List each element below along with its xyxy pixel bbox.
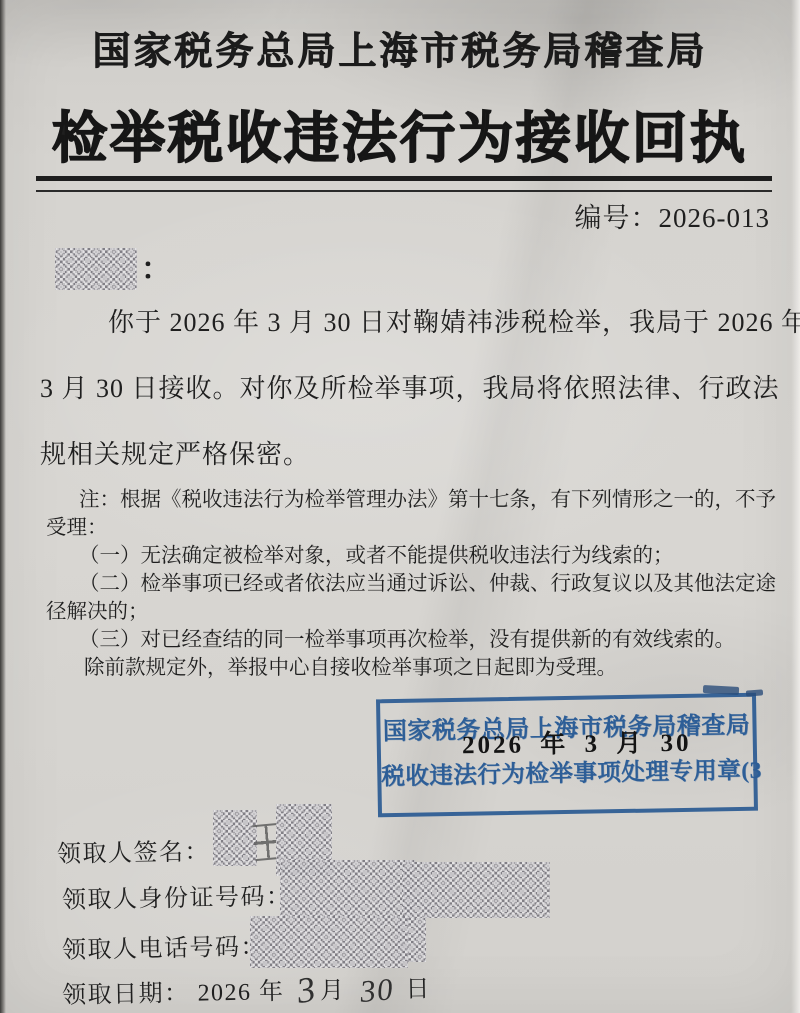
note-line: 受理：	[46, 514, 794, 542]
double-rule	[36, 176, 772, 192]
note-line: 径解决的；	[46, 598, 794, 626]
document-number-label: 编号：	[575, 203, 659, 233]
document-number-value: 2026-013	[659, 203, 771, 233]
document-number: 编号：2026-013	[575, 196, 771, 235]
day-char: 日	[405, 977, 431, 1003]
document-photo: 国家税务总局上海市税务局稽查局 检举税收违法行为接收回执 编号：2026-013…	[0, 0, 800, 1013]
note-line: 除前款规定外，举报中心自接收检举事项之日起即为受理。	[84, 654, 794, 682]
note-line: （一）无法确定被检举对象，或者不能提供税收违法行为线索的；	[79, 542, 794, 570]
body-line: 3 月 30 日接收。对你及所检举事项，我局将依照法律、行政法	[40, 356, 790, 422]
note-line: （三）对已经查结的同一检举事项再次检举，没有提供新的有效线索的。	[79, 626, 794, 654]
id-number-redacted	[280, 860, 415, 918]
salutation-colon: ：	[141, 248, 171, 292]
body-line: 规相关规定严格保密。	[40, 422, 790, 488]
body-paragraph: 你于 2026 年 3 月 30 日对鞠婧祎涉税检举，我局于 2026 年 3 …	[40, 290, 790, 488]
signature-redacted	[213, 810, 257, 866]
recipient-name-redacted	[55, 248, 137, 290]
recipient-salutation: ：	[55, 248, 171, 292]
body-line: 你于 2026 年 3 月 30 日对鞠婧祎涉税检举，我局于 2026 年	[40, 290, 790, 356]
handwritten-day: 30	[358, 971, 395, 1010]
note-line: （二）检举事项已经或者依法应当通过诉讼、仲裁、行政复议以及其他法定途	[79, 570, 794, 598]
signature-label: 领取人签名：	[57, 839, 210, 868]
receipt-date-field: 领取日期：2026 年3月30日	[62, 964, 432, 1012]
note-block: 注：根据《税收违法行为检举管理办法》第十七条，有下列情形之一的，不予 受理： （…	[46, 486, 794, 682]
stamp-date-overlay: 2026 年 3 月 30	[462, 723, 692, 761]
id-number-label: 领取人身份证号码：	[62, 884, 292, 914]
handwritten-month: 3	[293, 967, 319, 1012]
agency-name: 国家税务总局上海市税务局稽查局	[0, 20, 800, 75]
phone-number-field: 领取人电话号码：	[62, 926, 267, 965]
signature-field: 领取人签名：	[57, 831, 211, 869]
id-number-redacted	[402, 862, 550, 918]
note-line: 注：根据《税收违法行为检举管理办法》第十七条，有下列情形之一的，不予	[79, 486, 794, 514]
month-char: 月	[320, 978, 346, 1004]
ink-smudge	[746, 689, 763, 696]
phone-number-label: 领取人电话号码：	[62, 934, 266, 964]
receipt-date-label: 领取日期：	[62, 981, 190, 1009]
receipt-date-year: 2026 年	[197, 979, 284, 1007]
id-number-field: 领取人身份证号码：	[62, 876, 292, 915]
phone-number-redacted	[250, 916, 408, 968]
document-title: 检举税收违法行为接收回执	[0, 94, 800, 173]
